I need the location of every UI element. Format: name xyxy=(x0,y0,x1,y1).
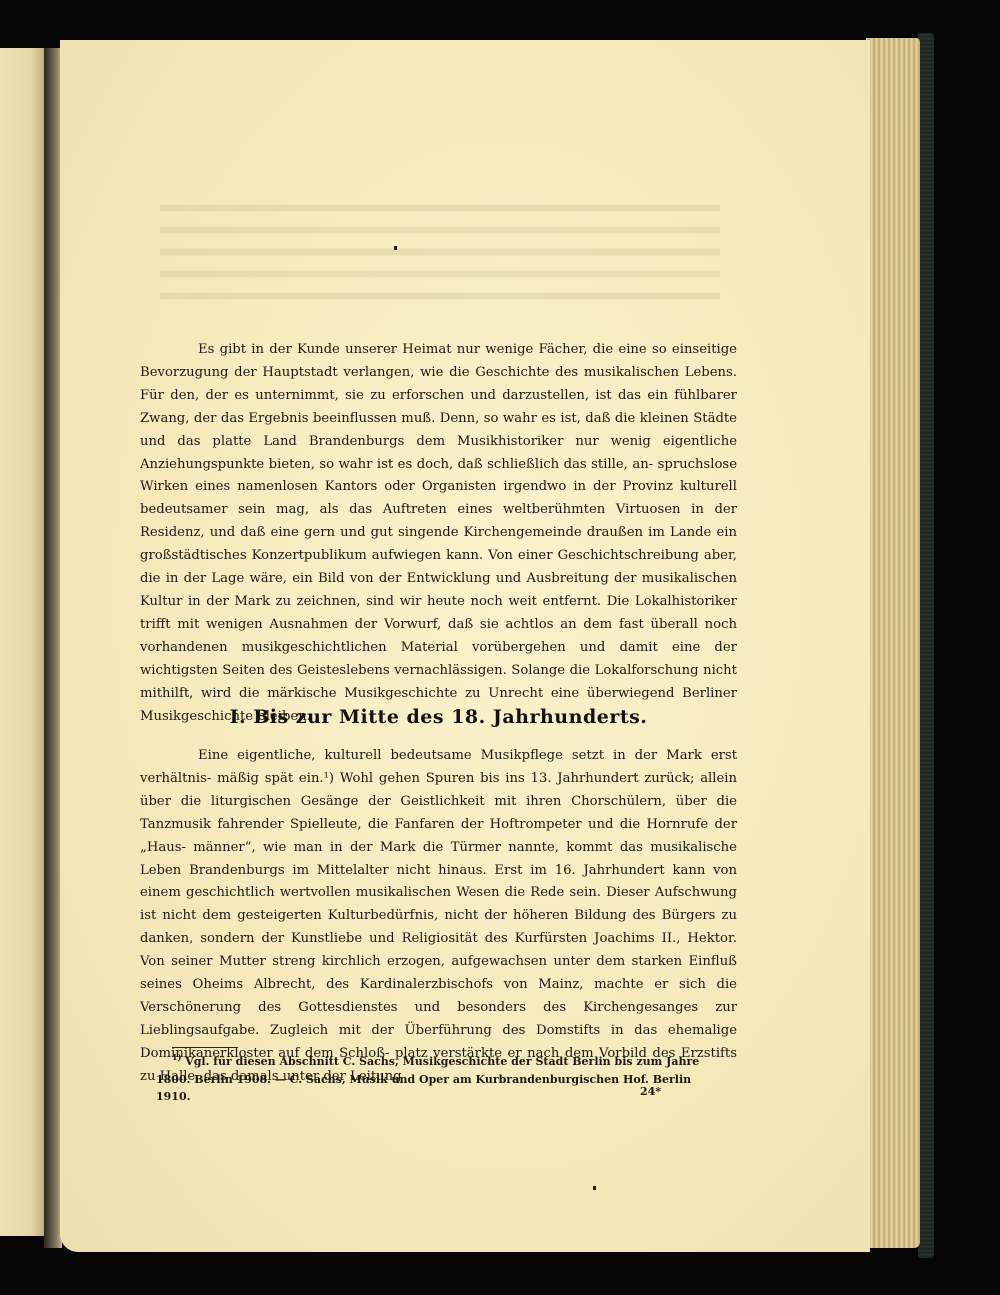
book-cover-edge xyxy=(918,33,934,1258)
text-line: Für den, der es unternimmt, sie zu erfor… xyxy=(140,388,737,403)
paragraph-section-one: Eine eigentliche, kulturell bedeutsame M… xyxy=(140,745,737,1089)
footnote-marker: 1) xyxy=(172,1052,181,1062)
page-fore-edge xyxy=(866,38,920,1248)
text-line: Kultur in der Mark zu zeichnen, sind wir… xyxy=(140,594,737,609)
text-line: großstädtisches Konzertpublikum aufwiege… xyxy=(140,548,737,563)
text-line: Bevorzugung der Hauptstadt verlangen, wi… xyxy=(140,365,737,380)
print-speck xyxy=(394,246,397,250)
paragraph-introduction: Es gibt in der Kunde unserer Heimat nur … xyxy=(140,339,737,728)
section-heading: I. Bis zur Mitte des 18. Jahrhunderts. xyxy=(140,706,737,728)
text-line: Es gibt in der Kunde unserer Heimat nur … xyxy=(198,342,737,357)
print-speck xyxy=(593,1186,596,1190)
text-line: trifft mit wenigen Ausnahmen der Vorwurf… xyxy=(140,617,737,632)
bleed-through-texture xyxy=(160,190,720,310)
printer-signature-mark: 24* xyxy=(640,1085,661,1098)
text-line: die in der Lage wäre, ein Bild von der E… xyxy=(140,571,737,586)
footnote-line: Berlin 1908. — C. Sachs, Musik und Oper … xyxy=(156,1073,691,1104)
text-line: Residenz, und daß eine gern und gut sing… xyxy=(140,525,737,540)
left-page-edge xyxy=(0,48,44,1236)
text-line: mäßig spät ein.¹) Wohl gehen Spuren bis … xyxy=(217,771,737,786)
footnote-divider xyxy=(172,1047,238,1048)
text-line: Zwang, der das Ergebnis beeinflussen muß… xyxy=(140,411,693,426)
